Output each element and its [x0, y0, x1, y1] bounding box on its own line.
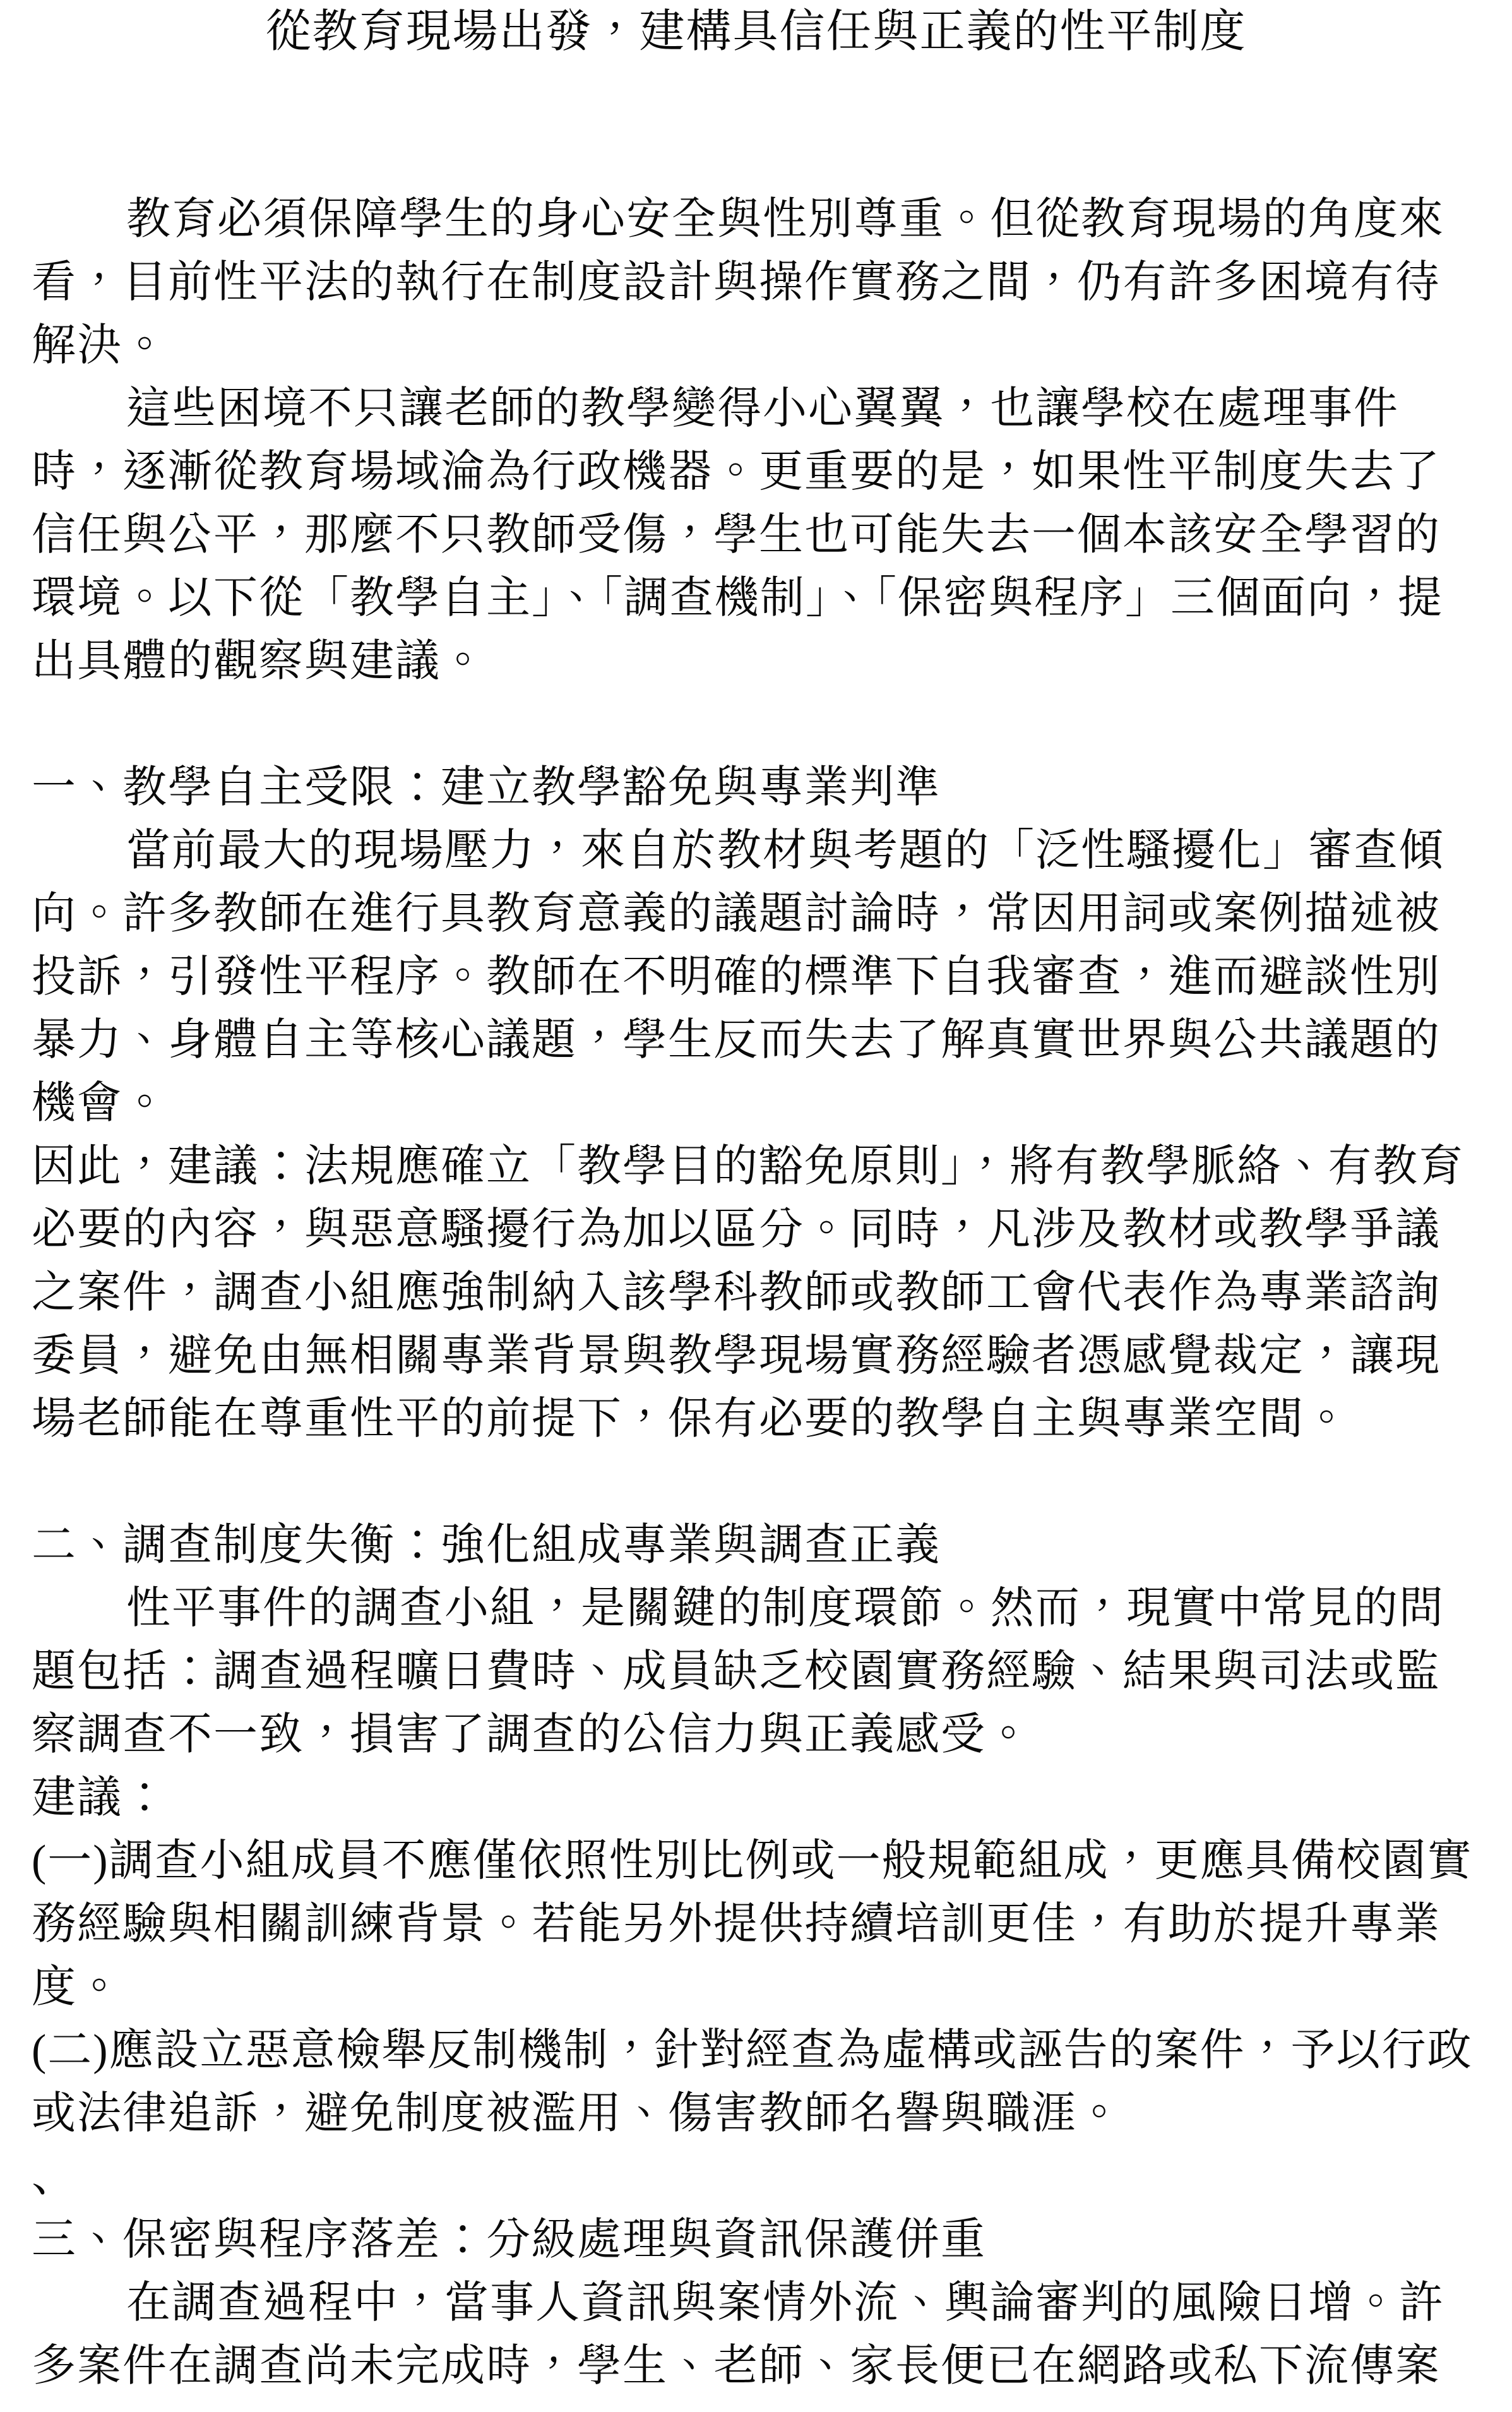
text-line: 機會。 [0, 1072, 1512, 1135]
section-1-paragraph-1: 當前最大的現場壓力，來自於教材與考題的「泛性騷擾化」審查傾 向。許多教師在進行具… [0, 820, 1512, 1135]
scanned-document-page: 從教育現場出發，建構具信任與正義的性平制度 教育必須保障學生的身心安全與性別尊重… [0, 0, 1512, 2412]
text-line: 或法律追訴，避免制度被濫用、傷害教師名譽與職涯。 [0, 2082, 1512, 2146]
text-line: 多案件在調查尚未完成時，學生、老師、家長便已在網路或私下流傳案 [0, 2335, 1512, 2398]
section-1-paragraph-2: 因此，建議：法規應確立「教學目的豁免原則」，將有教學脈絡、有教育 必要的內容，與… [0, 1135, 1512, 1451]
section-2-suggestion-item-2: (二)應設立惡意檢舉反制機制，針對經查為虛構或誣告的案件，予以行政 或法律追訴，… [0, 2019, 1512, 2146]
section-1-heading: 一、教學自主受限：建立教學豁免與專業判準 [0, 756, 1512, 820]
text-line: 必要的內容，與惡意騷擾行為加以區分。同時，凡涉及教材或教學爭議 [0, 1198, 1512, 1262]
text-line: 這些困境不只讓老師的教學變得小心翼翼，也讓學校在處理事件 [0, 378, 1512, 441]
text-line: 性平事件的調查小組，是關鍵的制度環節。然而，現實中常見的問 [0, 1577, 1512, 1640]
text-line: 之案件，調查小組應強制納入該學科教師或教師工會代表作為專業諮詢 [0, 1262, 1512, 1325]
section-2-paragraph-1: 性平事件的調查小組，是關鍵的制度環節。然而，現實中常見的問 題包括：調查過程曠日… [0, 1577, 1512, 1767]
text-line: 解決。 [0, 314, 1512, 378]
section-2-suggestion-label: 建議： [0, 1767, 1512, 1830]
text-line: 因此，建議：法規應確立「教學目的豁免原則」，將有教學脈絡、有教育 [0, 1135, 1512, 1198]
text-line: 看，目前性平法的執行在制度設計與操作實務之間，仍有許多困境有待 [0, 251, 1512, 314]
text-line: 題包括：調查過程曠日費時、成員缺乏校園實務經驗、結果與司法或監 [0, 1640, 1512, 1704]
text-line: 在調查過程中，當事人資訊與案情外流、輿論審判的風險日增。許 [0, 2272, 1512, 2335]
text-line: 度。 [0, 1956, 1512, 2019]
intro-paragraph-1: 教育必須保障學生的身心安全與性別尊重。但從教育現場的角度來 看，目前性平法的執行… [0, 188, 1512, 378]
text-line: 向。許多教師在進行具教育意義的議題討論時，常因用詞或案例描述被 [0, 883, 1512, 946]
text-line: 信任與公平，那麼不只教師受傷，學生也可能失去一個本該安全學習的 [0, 504, 1512, 567]
text-line: (一)調查小組成員不應僅依照性別比例或一般規範組成，更應具備校園實 [0, 1830, 1512, 1893]
text-line: 場老師能在尊重性平的前提下，保有必要的教學自主與專業空間。 [0, 1388, 1512, 1451]
text-line: 暴力、身體自主等核心議題，學生反而失去了解真實世界與公共議題的 [0, 1009, 1512, 1072]
section-3-heading: 三、保密與程序落差：分級處理與資訊保護併重 [0, 2209, 1512, 2272]
section-2-suggestion-item-1: (一)調查小組成員不應僅依照性別比例或一般規範組成，更應具備校園實 務經驗與相關… [0, 1830, 1512, 2019]
text-line: 務經驗與相關訓練背景。若能另外提供持續培訓更佳，有助於提升專業 [0, 1893, 1512, 1956]
text-line: 委員，避免由無相關專業背景與教學現場實務經驗者憑感覺裁定，讓現 [0, 1325, 1512, 1388]
blank-line [0, 1451, 1512, 1514]
text-line: 投訴，引發性平程序。教師在不明確的標準下自我審查，進而避談性別 [0, 946, 1512, 1009]
text-line: 時，逐漸從教育場域淪為行政機器。更重要的是，如果性平制度失去了 [0, 441, 1512, 504]
text-line: 建議： [0, 1767, 1512, 1830]
text-line: 當前最大的現場壓力，來自於教材與考題的「泛性騷擾化」審查傾 [0, 820, 1512, 883]
blank-line [0, 693, 1512, 756]
text-line: 察調查不一致，損害了調查的公信力與正義感受。 [0, 1704, 1512, 1767]
text-line: 出具體的觀察與建議。 [0, 630, 1512, 693]
section-2-heading: 二、調查制度失衡：強化組成專業與調查正義 [0, 1514, 1512, 1577]
text-line: (二)應設立惡意檢舉反制機制，針對經查為虛構或誣告的案件，予以行政 [0, 2019, 1512, 2082]
text-line: 教育必須保障學生的身心安全與性別尊重。但從教育現場的角度來 [0, 188, 1512, 251]
section-3-paragraph-1: 在調查過程中，當事人資訊與案情外流、輿論審判的風險日增。許 多案件在調查尚未完成… [0, 2272, 1512, 2398]
stray-mark: 、 [0, 2146, 1512, 2209]
text-line: 環境。以下從「教學自主」、「調查機制」、「保密與程序」三個面向，提 [0, 567, 1512, 630]
intro-paragraph-2: 這些困境不只讓老師的教學變得小心翼翼，也讓學校在處理事件 時，逐漸從教育場域淪為… [0, 378, 1512, 693]
document-title: 從教育現場出發，建構具信任與正義的性平制度 [0, 0, 1512, 188]
